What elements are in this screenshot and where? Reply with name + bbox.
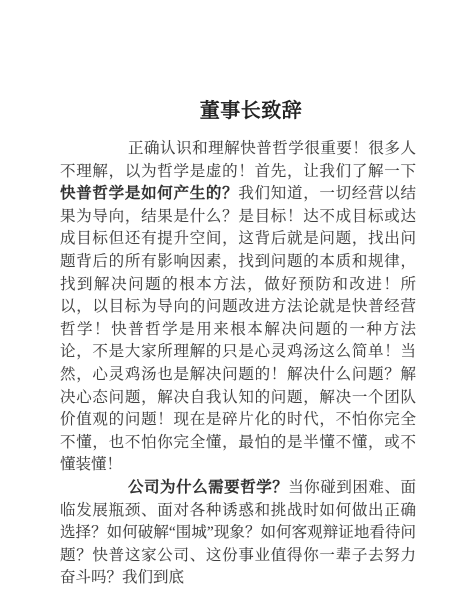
- paragraph-2-bold-lead: 公司为什么需要哲学？: [128, 479, 288, 496]
- page-title: 董事长致辞: [13, 99, 476, 123]
- paragraph-2: 公司为什么需要哲学？当你碰到困难、面临发展瓶颈、面对各种诱惑和挑战时如何做出正确…: [60, 477, 416, 590]
- paragraph-1-segment-1: 正确认识和理解快普哲学很重要！很多人不理解，以为哲学是虚的！首先，让我们了解一下: [60, 140, 416, 180]
- paragraph-1: 正确认识和理解快普哲学很重要！很多人不理解，以为哲学是虚的！首先，让我们了解一下…: [60, 138, 416, 477]
- paragraph-1-bold-phrase: 快普哲学是如何产生的？: [60, 185, 238, 202]
- paragraph-1-segment-3: 我们知道，一切经营以结果为导向，结果是什么？是目标！达不成目标或达成目标但还有提…: [60, 185, 416, 473]
- document-body: 正确认识和理解快普哲学很重要！很多人不理解，以为哲学是虚的！首先，让我们了解一下…: [60, 138, 416, 590]
- document-page: 董事长致辞 正确认识和理解快普哲学很重要！很多人不理解，以为哲学是虚的！首先，让…: [0, 0, 476, 598]
